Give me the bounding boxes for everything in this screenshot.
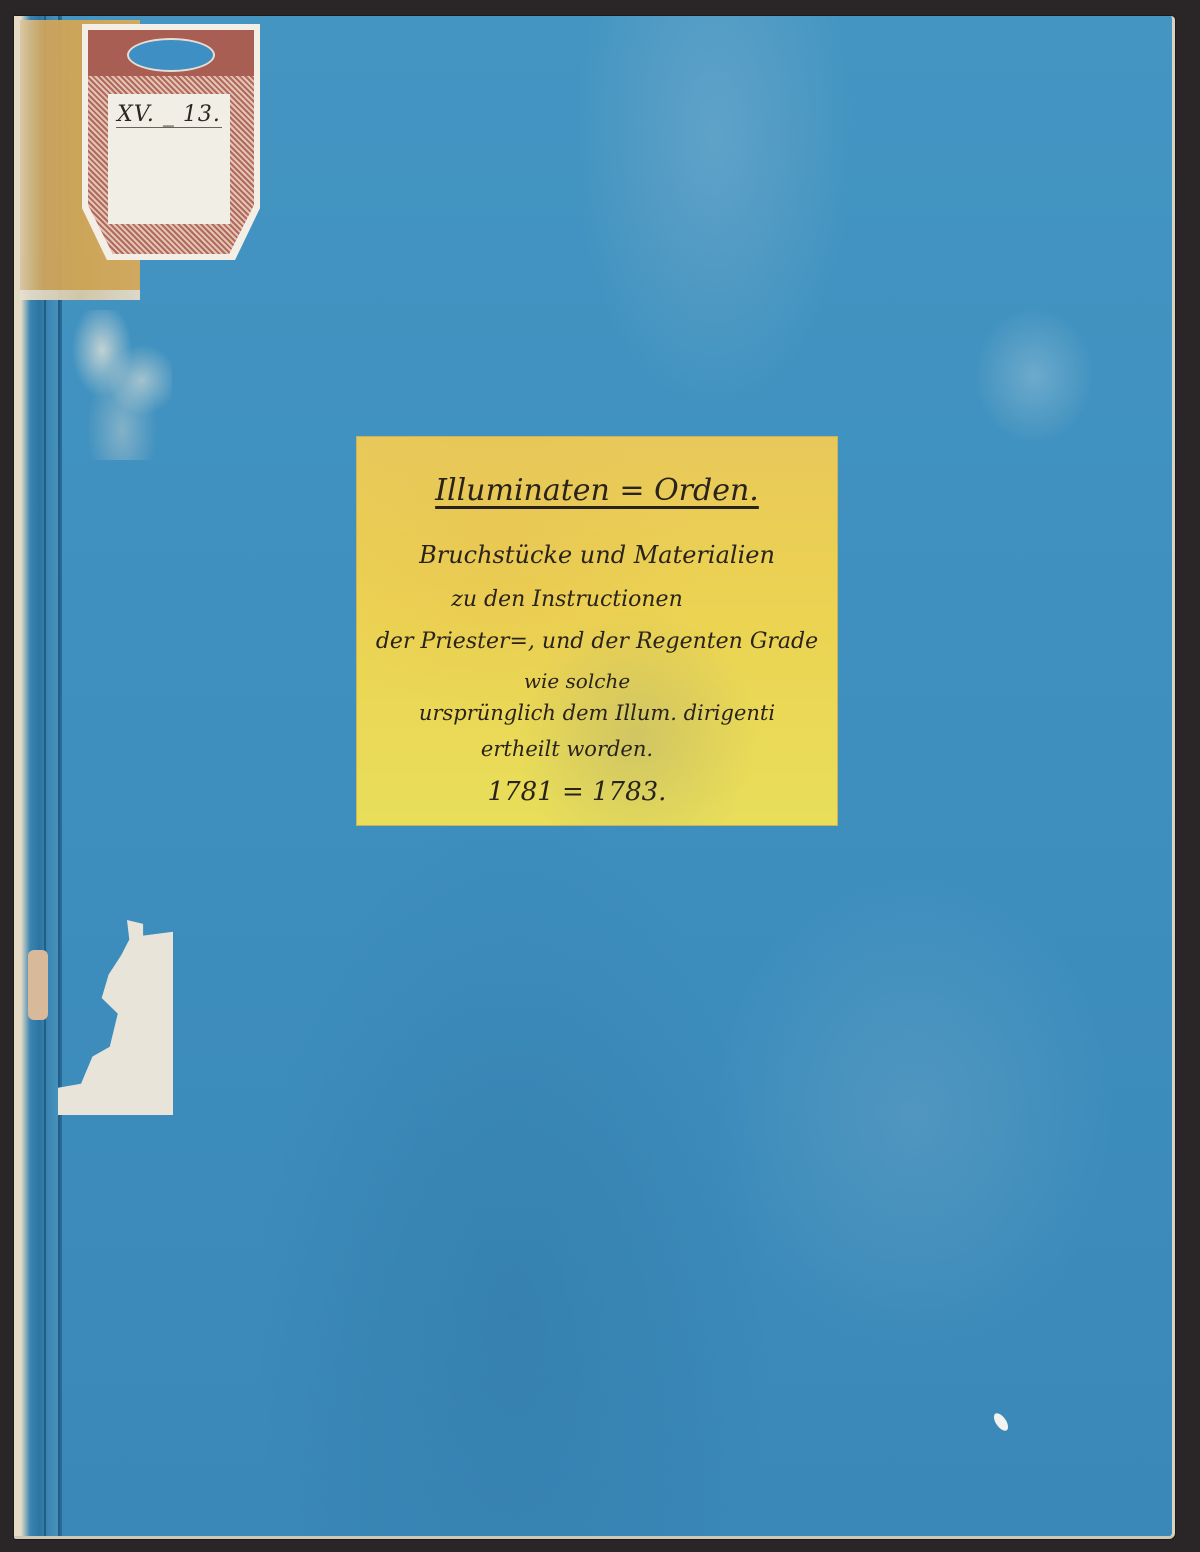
label-date-range: 1781 = 1783. (337, 777, 817, 807)
label-line: Bruchstücke und Materialien (357, 541, 837, 569)
label-title: Illuminaten = Orden. (357, 473, 837, 508)
label-line: zu den Instructionen (327, 587, 807, 612)
shelf-mark: XV. _ 13. (116, 102, 222, 128)
handwritten-title-label: Illuminaten = Orden. Bruchstücke und Mat… (356, 436, 838, 826)
library-shelf-label: XV. _ 13. (82, 24, 260, 260)
spine-wear-mark (28, 950, 48, 1020)
label-oval-emblem (127, 38, 215, 72)
label-line: ursprünglich dem Illum. dirigenti (357, 701, 837, 725)
label-writing-area: XV. _ 13. (108, 94, 230, 224)
label-ornamental-header (88, 30, 254, 76)
label-line: wie solche (337, 669, 817, 693)
label-line: ertheilt worden. (327, 737, 807, 761)
label-line: der Priester=, und der Regenten Grade (357, 629, 837, 654)
worn-patch-upper (62, 310, 172, 460)
